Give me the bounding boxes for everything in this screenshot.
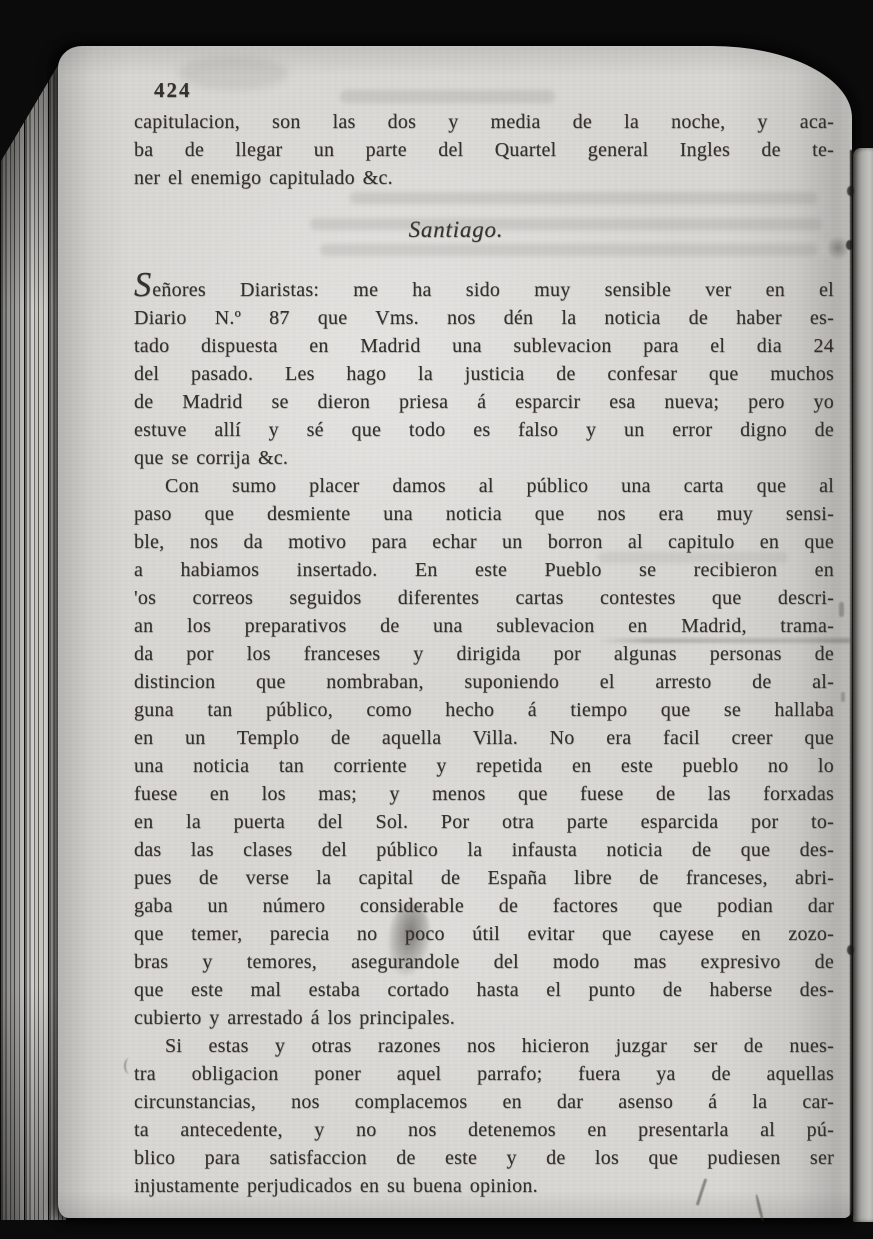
text-line: bras y temores, asegurandole del modo ma… <box>134 948 834 976</box>
text-line: 'os correos seguidos diferentes cartas c… <box>134 584 834 612</box>
text-line: injustamente perjudicados en su buena op… <box>134 1172 834 1200</box>
book-page: 424 capitulacion, son las dos y media de… <box>58 46 852 1218</box>
text-line: de Madrid se dieron priesa á esparcir es… <box>134 388 834 416</box>
text-line: Si estas y otras razones nos hicieron ju… <box>134 1032 834 1060</box>
text-line: distincion que nombraban, suponiendo el … <box>134 668 834 696</box>
bleed-through-mark <box>320 244 818 256</box>
stain <box>178 56 288 90</box>
bleed-through-mark <box>350 192 818 204</box>
text-line: tado dispuesta en Madrid una sublevacion… <box>134 332 834 360</box>
text-line: gaba un número considerable de factores … <box>134 892 834 920</box>
adjacent-page-edge <box>853 148 873 1222</box>
text-line: Diario N.º 87 que Vms. nos dén la notici… <box>134 304 834 332</box>
text-line: cubierto y arrestado á los principales. <box>134 1004 834 1032</box>
bleed-through-mark <box>340 90 555 103</box>
text-line: ner el enemigo capitulado &c. <box>134 164 834 192</box>
text-line: das las clases del público la infausta n… <box>134 836 834 864</box>
text-line: blico para satisfaccion de este y de los… <box>134 1144 834 1172</box>
text-line: ta antecedente, y no nos detenemos en pr… <box>134 1116 834 1144</box>
text-line: tra obligacion poner aquel parrafo; fuer… <box>134 1060 834 1088</box>
bleed-through-mark <box>310 218 822 230</box>
text-line: una noticia tan corriente y repetida en … <box>134 752 834 780</box>
text-line: ba de llegar un parte del Quartel genera… <box>134 136 834 164</box>
text-line: circunstancias, nos complacemos en dar a… <box>134 1088 834 1116</box>
margin-mark <box>839 602 844 617</box>
intro-paragraph: capitulacion, son las dos y media de la … <box>134 108 834 192</box>
text-line: que se corrija &c. <box>134 444 834 472</box>
letter-paragraph: Señores Diaristas: me ha sido muy sensib… <box>134 276 834 472</box>
paper-crease <box>598 638 850 643</box>
text-line: que este mal estaba cortado hasta el pun… <box>134 976 834 1004</box>
bleed-through-mark <box>598 552 788 563</box>
margin-mark <box>841 692 845 702</box>
gutter-crease <box>850 150 853 1216</box>
text-line: guna tan público, como hecho á tiempo qu… <box>134 696 834 724</box>
closing-note-paragraph: Si estas y otras razones nos hicieron ju… <box>134 1032 834 1200</box>
text-line: en la puerta del Sol. Por otra parte esp… <box>134 808 834 836</box>
text-line: que temer, parecia no poco útil evitar q… <box>134 920 834 948</box>
text-line: pues de verse la capital de España libre… <box>134 864 834 892</box>
text-line: an los preparativos de una sublevacion e… <box>134 612 834 640</box>
text-line: Señores Diaristas: me ha sido muy sensib… <box>134 276 834 304</box>
book-scan-photo: 424 capitulacion, son las dos y media de… <box>0 0 873 1239</box>
margin-mark <box>124 1058 135 1074</box>
margin-mark <box>828 234 848 262</box>
page-edges-stack <box>0 52 66 1220</box>
text-line: fuese en los mas; y menos que fuese de l… <box>134 780 834 808</box>
text-line: del pasado. Les hago la justicia de conf… <box>134 360 834 388</box>
text-line: estuve allí y sé que todo es falso y un … <box>134 416 834 444</box>
text-line: en un Templo de aquella Villa. No era fa… <box>134 724 834 752</box>
text-line: da por los franceses y dirigida por algu… <box>134 640 834 668</box>
gutter-mark <box>847 186 854 196</box>
text-line: paso que desmiente una noticia que nos e… <box>134 500 834 528</box>
gutter-mark <box>847 945 854 955</box>
gutter-mark <box>846 240 853 250</box>
text-line: Con sumo placer damos al público una car… <box>134 472 834 500</box>
text-line: capitulacion, son las dos y media de la … <box>134 108 834 136</box>
